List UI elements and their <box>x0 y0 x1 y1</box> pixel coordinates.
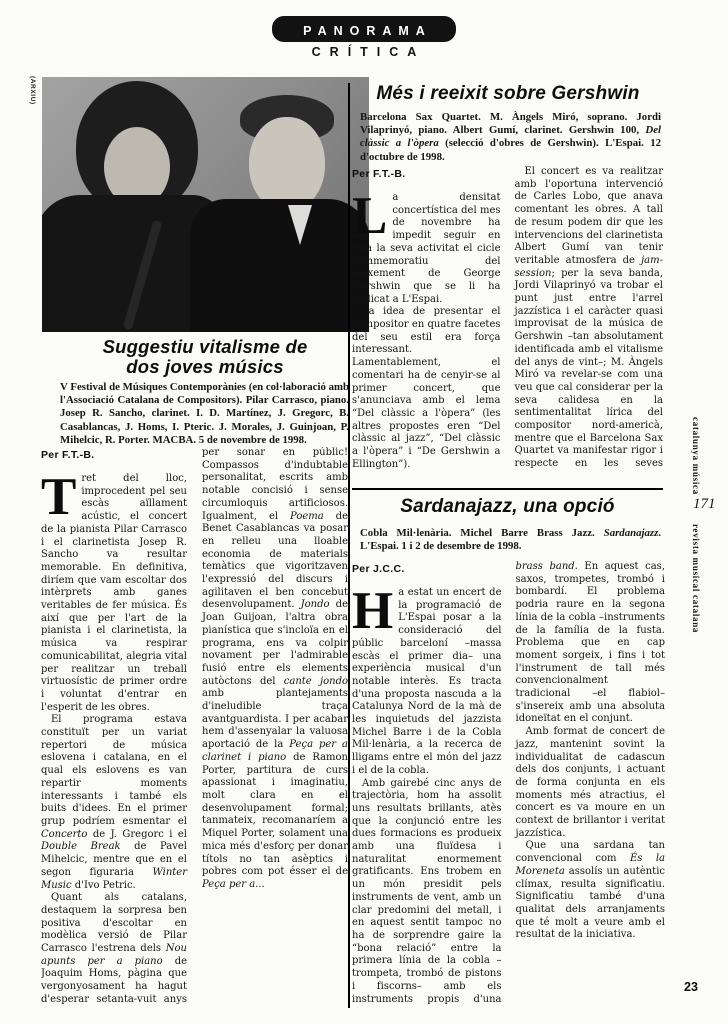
paragraph: Que una sardana tan convencional com És … <box>516 840 666 942</box>
panorama-banner: PANORAMA <box>272 16 456 42</box>
article-left-credit: V Festival de Músiques Contemporànies (e… <box>60 381 349 447</box>
article-gershwin-body: Per F.T.-B. La densitat concertística de… <box>352 166 663 484</box>
text-segment: El programa estava constituït per un var… <box>41 714 187 827</box>
paragraph: Ha estat un encert de la programació de … <box>352 587 502 778</box>
text-segment: de Ramon Porter, partitura de curs apass… <box>202 752 348 877</box>
text-segment: cante jondo <box>284 676 348 687</box>
photo-two-musicians <box>42 77 369 332</box>
masthead: PANORAMA CRÍTICA <box>0 16 728 59</box>
text-segment: de Joan Guijoan, l'altra obra pianística… <box>202 599 348 686</box>
text-segment: El concert es va realitzar amb l'oportun… <box>515 166 664 266</box>
text-segment: assolís un autèntic clímax, resulta sign… <box>516 866 666 941</box>
article-left-body: Per F.T.-B. Tret del lloc, improcedent p… <box>41 447 348 1009</box>
journal-name-top: catalunya música <box>691 417 701 495</box>
article-left-byline: Per F.T.-B. <box>41 449 187 461</box>
article-gershwin-credit: Barcelona Sax Quartet. M. Àngels Miró, s… <box>360 111 661 164</box>
text-segment: de Benet Casablancas va posar en relleu … <box>202 511 348 611</box>
article-sardana-body: Per J.C.C. Ha estat un encert de la prog… <box>352 561 665 1007</box>
paragraph: La densitat concertística del mes de nov… <box>352 192 501 306</box>
text-segment: de J. Gregorc i el <box>87 829 187 840</box>
dropcap-letter: H <box>352 590 393 633</box>
vertical-divider <box>348 83 350 1008</box>
article-sardana-credit: Cobla Mil·lenària. Michel Barre Brass Ja… <box>360 527 661 553</box>
text-segment: brass band <box>516 561 575 572</box>
paragraph: Tret del lloc, improcedent pel seu escàs… <box>41 473 187 714</box>
photo-man-face-shape <box>249 117 325 211</box>
photo-man-suit-shape <box>190 199 369 332</box>
text-segment: Cobla Mil·lenària. Michel Barre Brass Ja… <box>360 527 604 539</box>
photo-credit: (ARXIU) <box>29 76 36 105</box>
article-gershwin-byline: Per F.T.-B. <box>352 168 501 180</box>
dropcap-letter: T <box>41 476 76 519</box>
paragraph: El concert es va realitzar amb l'oportun… <box>515 166 664 484</box>
text-segment: Barcelona Sax Quartet. M. Àngels Miró, s… <box>360 111 661 136</box>
article-sardana-title: Sardanajazz, una opció <box>352 497 663 517</box>
article-gershwin-title: Més i reeixit sobre Gershwin <box>353 84 663 104</box>
issue-number: 171 <box>693 496 716 513</box>
horizontal-divider <box>352 488 663 490</box>
page-number: 23 <box>684 980 698 994</box>
text-segment: Peça per a... <box>202 879 265 890</box>
text-segment: d'Ivo Petric. <box>72 880 136 891</box>
article-left-title-line2: dos joves músics <box>126 356 283 377</box>
dropcap-letter: L <box>352 195 387 238</box>
paragraph: La idea de presentar el compositor en qu… <box>352 306 501 471</box>
text-segment: Jondo <box>301 599 330 610</box>
section-label: CRÍTICA <box>0 45 728 59</box>
paragraph: El programa estava constituït per un var… <box>41 714 187 892</box>
banner-label: PANORAMA <box>296 24 432 38</box>
paragraph: Amb format de concert de jazz, mantenint… <box>516 726 666 840</box>
text-segment: Double Break <box>41 841 121 852</box>
text-segment: . En aquest cas, saxos, trompetes, tromb… <box>516 561 666 724</box>
text-segment: Amb gairebé cinc anys de trajectòria, ho… <box>352 778 502 1005</box>
text-segment: Concerto <box>41 829 87 840</box>
article-sardana-byline: Per J.C.C. <box>352 563 502 575</box>
magazine-page: { "masthead": { "banner": "PANORAMA", "s… <box>0 0 728 1024</box>
article-left-title: Suggestiu vitalisme de dos joves músics <box>40 337 370 377</box>
text-segment: Poema <box>290 511 324 522</box>
journal-name-bottom: revista musical catalana <box>691 524 701 633</box>
text-segment: Sardanajazz <box>604 527 659 539</box>
article-left-title-line1: Suggestiu vitalisme de <box>103 336 308 357</box>
